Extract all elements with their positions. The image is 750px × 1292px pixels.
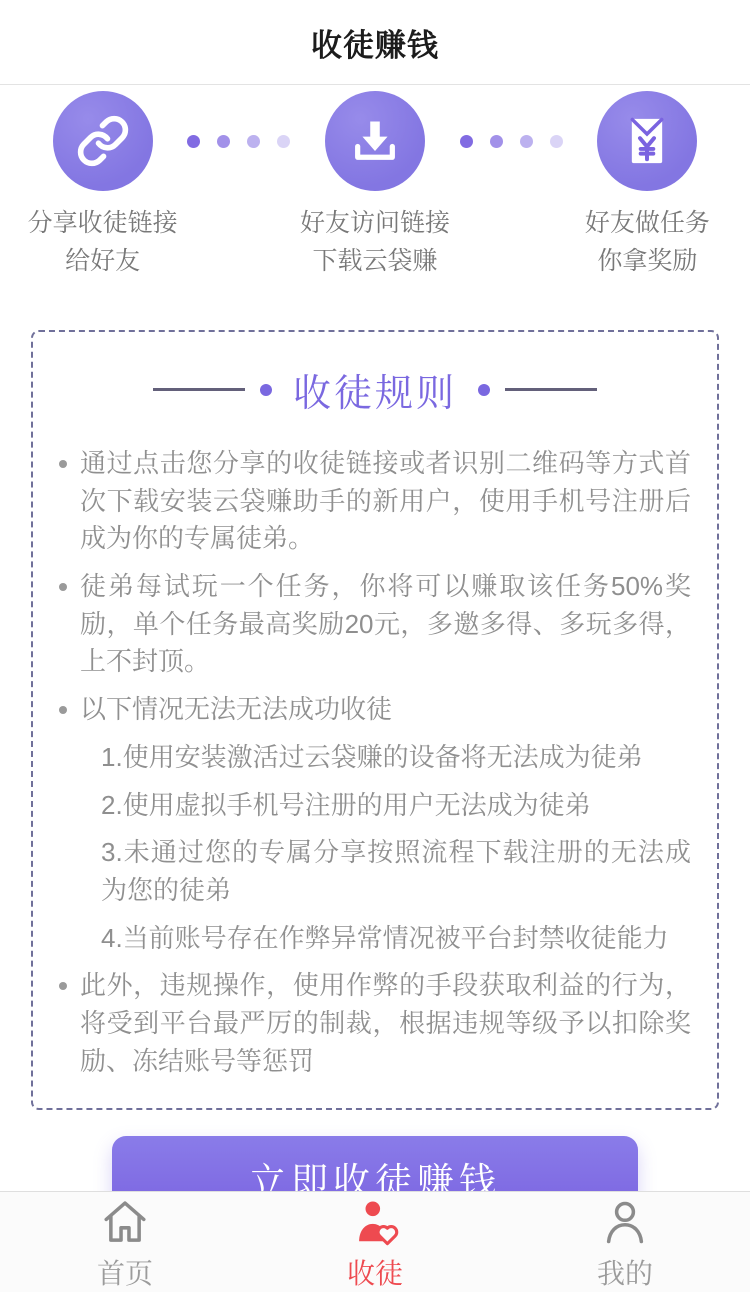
rule-item: 以下情况无法无法成功收徒 <box>59 691 691 729</box>
rule-subitem: 1.使用安装激活过云袋赚的设备将无法成为徒弟 <box>59 739 691 777</box>
step-reward: 好友做任务 你拿奖励 <box>563 91 732 280</box>
rule-subitem: 3.未通过您的专属分享按照流程下载注册的无法成为您的徒弟 <box>59 834 691 909</box>
step-reward-label: 好友做任务 你拿奖励 <box>585 205 710 280</box>
rules-title: 收徒规则 <box>287 362 463 417</box>
rule-item: 此外，违规操作，使用作弊的手段获取利益的行为，将受到平台最严厉的制裁，根据违规等… <box>59 967 691 1080</box>
step-reward-line2: 你拿奖励 <box>597 247 697 275</box>
bullet-dot <box>59 706 67 714</box>
rule-item: 徒弟每试玩一个任务，你将可以赚取该任务50%奖励，单个任务最高奖励20元，多邀多… <box>59 568 691 681</box>
step-reward-line1: 好友做任务 <box>585 209 710 237</box>
home-icon <box>98 1196 152 1249</box>
tab-bar: 首页 收徒 我的 <box>0 1191 750 1292</box>
link-icon <box>53 91 153 191</box>
rule-item: 通过点击您分享的收徒链接或者识别二维码等方式首次下载安装云袋赚助手的新用户，使用… <box>59 445 691 558</box>
step-share-link: 分享收徒链接 给好友 <box>18 91 187 280</box>
rule-subitem: 2.使用虚拟手机号注册的用户无法成为徒弟 <box>59 787 691 825</box>
step-download-line1: 好友访问链接 <box>300 209 450 237</box>
tab-home[interactable]: 首页 <box>0 1192 250 1292</box>
tab-profile-label: 我的 <box>597 1252 653 1292</box>
bullet-dot <box>59 460 67 468</box>
heading-line-left <box>153 388 245 391</box>
step-friend-download: 好友访问链接 下载云袋赚 <box>290 91 459 280</box>
rule-subitem: 4.当前账号存在作弊异常情况被平台封禁收徒能力 <box>59 920 691 958</box>
recruit-icon <box>348 1196 402 1249</box>
rules-heading: 收徒规则 <box>59 362 691 417</box>
page-title: 收徒赚钱 <box>311 20 439 65</box>
step-download-line2: 下载云袋赚 <box>312 247 437 275</box>
rule-text: 以下情况无法无法成功收徒 <box>80 691 392 729</box>
tab-recruit-label: 收徒 <box>347 1252 403 1292</box>
progress-dots-2 <box>460 135 563 148</box>
rule-text: 徒弟每试玩一个任务，你将可以赚取该任务50%奖励，单个任务最高奖励20元，多邀多… <box>80 568 691 681</box>
header: 收徒赚钱 <box>0 0 750 85</box>
profile-icon <box>598 1196 652 1249</box>
step-share-line1: 分享收徒链接 <box>28 209 178 237</box>
envelope-yuan-icon <box>597 91 697 191</box>
heading-dot-left <box>260 384 272 396</box>
link-icon-svg <box>76 114 130 168</box>
step-download-label: 好友访问链接 下载云袋赚 <box>300 205 450 280</box>
rules-card: 收徒规则 通过点击您分享的收徒链接或者识别二维码等方式首次下载安装云袋赚助手的新… <box>31 330 719 1110</box>
bullet-dot <box>59 982 67 990</box>
step-share-line2: 给好友 <box>65 247 140 275</box>
step-share-label: 分享收徒链接 给好友 <box>28 205 178 280</box>
tab-profile[interactable]: 我的 <box>500 1192 750 1292</box>
progress-dots-1 <box>187 135 290 148</box>
rule-text: 通过点击您分享的收徒链接或者识别二维码等方式首次下载安装云袋赚助手的新用户，使用… <box>80 445 691 558</box>
steps-row: 分享收徒链接 给好友 好友访问链接 下载云袋赚 <box>0 85 750 280</box>
download-icon-svg <box>349 115 401 167</box>
envelope-yuan-icon-svg <box>619 113 675 169</box>
heading-dot-right <box>478 384 490 396</box>
heading-line-right <box>505 388 597 391</box>
download-icon <box>325 91 425 191</box>
bullet-dot <box>59 583 67 591</box>
tab-recruit[interactable]: 收徒 <box>250 1192 500 1292</box>
rule-text: 此外，违规操作，使用作弊的手段获取利益的行为，将受到平台最严厉的制裁，根据违规等… <box>80 967 691 1080</box>
tab-home-label: 首页 <box>97 1252 153 1292</box>
